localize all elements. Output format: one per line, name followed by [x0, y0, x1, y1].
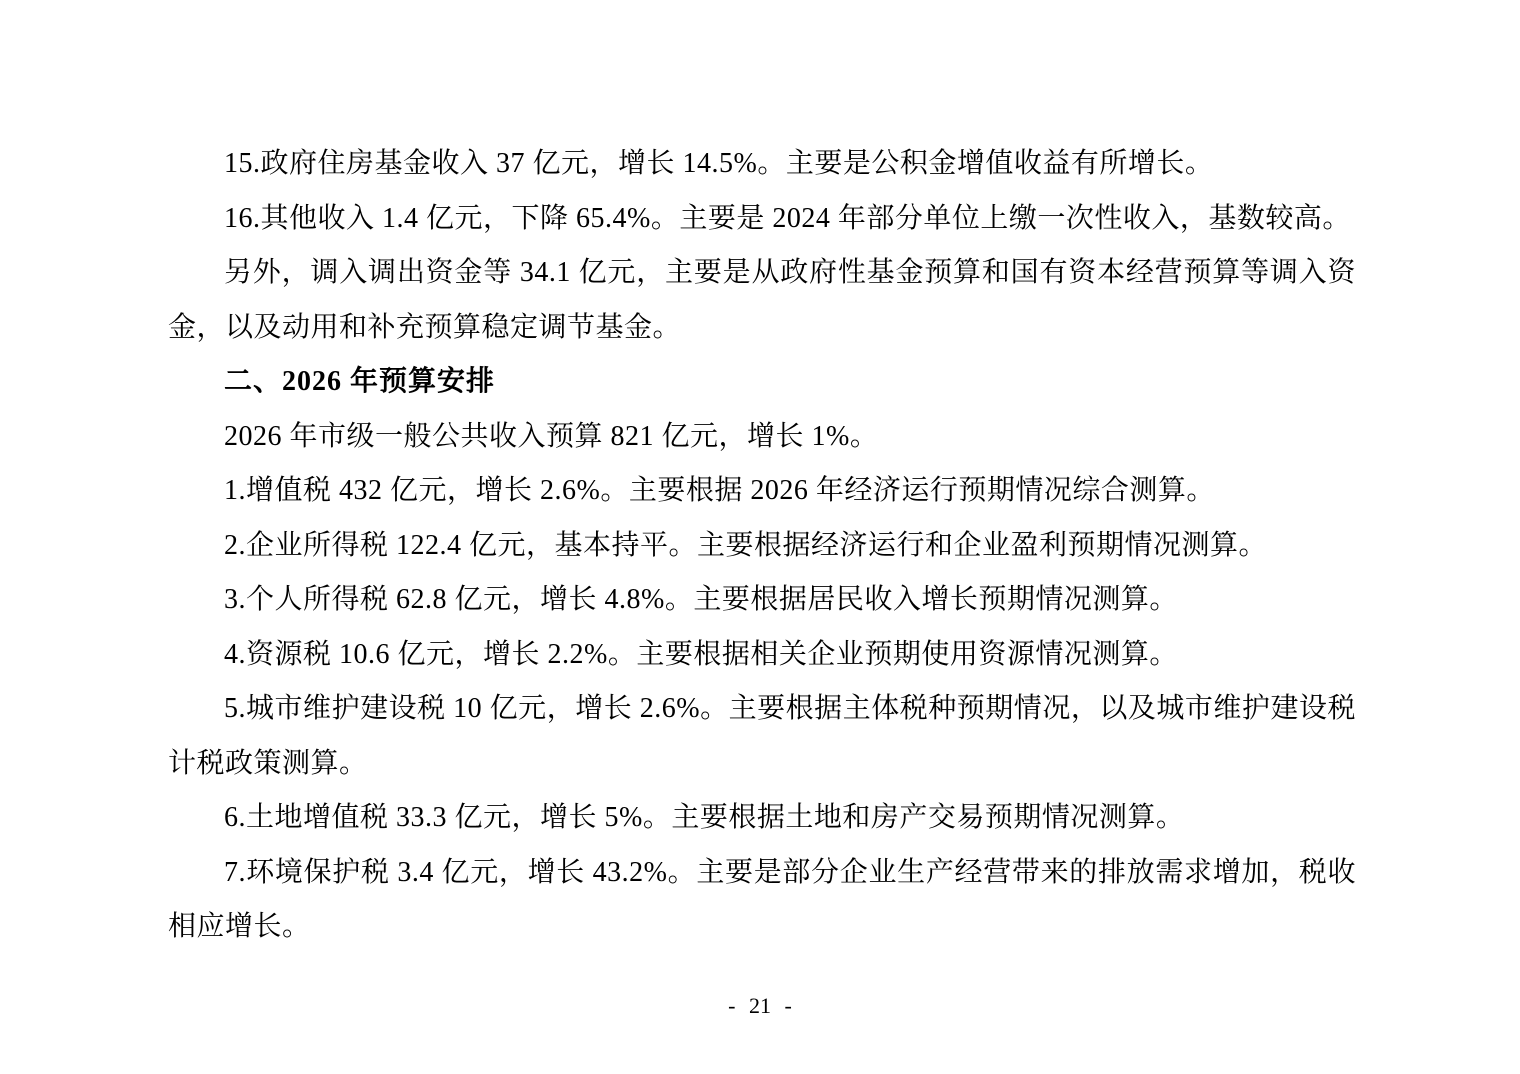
- document-page: 15.政府住房基金收入 37 亿元，增长 14.5%。主要是公积金增值收益有所增…: [0, 0, 1520, 1074]
- paragraph-item-2-corporate-income-tax: 2.企业所得税 122.4 亿元，基本持平。主要根据经济运行和企业盈利预期情况测…: [168, 519, 1356, 574]
- paragraph-item-5-urban-maintenance-tax: 5.城市维护建设税 10 亿元，增长 2.6%。主要根据主体税种预期情况，以及城…: [168, 682, 1356, 791]
- document-body: 15.政府住房基金收入 37 亿元，增长 14.5%。主要是公积金增值收益有所增…: [168, 137, 1356, 955]
- paragraph-item-4-resource-tax: 4.资源税 10.6 亿元，增长 2.2%。主要根据相关企业预期使用资源情况测算…: [168, 628, 1356, 683]
- section-heading-2026-budget: 二、2026 年预算安排: [168, 355, 1356, 410]
- paragraph-item-16: 16.其他收入 1.4 亿元，下降 65.4%。主要是 2024 年部分单位上缴…: [168, 192, 1356, 247]
- paragraph-item-6-land-appreciation-tax: 6.土地增值税 33.3 亿元，增长 5%。主要根据土地和房产交易预期情况测算。: [168, 791, 1356, 846]
- paragraph-item-1-vat: 1.增值税 432 亿元，增长 2.6%。主要根据 2026 年经济运行预期情况…: [168, 464, 1356, 519]
- paragraph-transfer-funds: 另外，调入调出资金等 34.1 亿元，主要是从政府性基金预算和国有资本经营预算等…: [168, 246, 1356, 355]
- paragraph-2026-general-income: 2026 年市级一般公共收入预算 821 亿元，增长 1%。: [168, 410, 1356, 465]
- page-footer: - 21 -: [0, 992, 1520, 1020]
- page-number: - 21 -: [728, 993, 792, 1018]
- paragraph-item-3-personal-income-tax: 3.个人所得税 62.8 亿元，增长 4.8%。主要根据居民收入增长预期情况测算…: [168, 573, 1356, 628]
- paragraph-item-15: 15.政府住房基金收入 37 亿元，增长 14.5%。主要是公积金增值收益有所增…: [168, 137, 1356, 192]
- paragraph-item-7-environmental-tax: 7.环境保护税 3.4 亿元，增长 43.2%。主要是部分企业生产经营带来的排放…: [168, 846, 1356, 955]
